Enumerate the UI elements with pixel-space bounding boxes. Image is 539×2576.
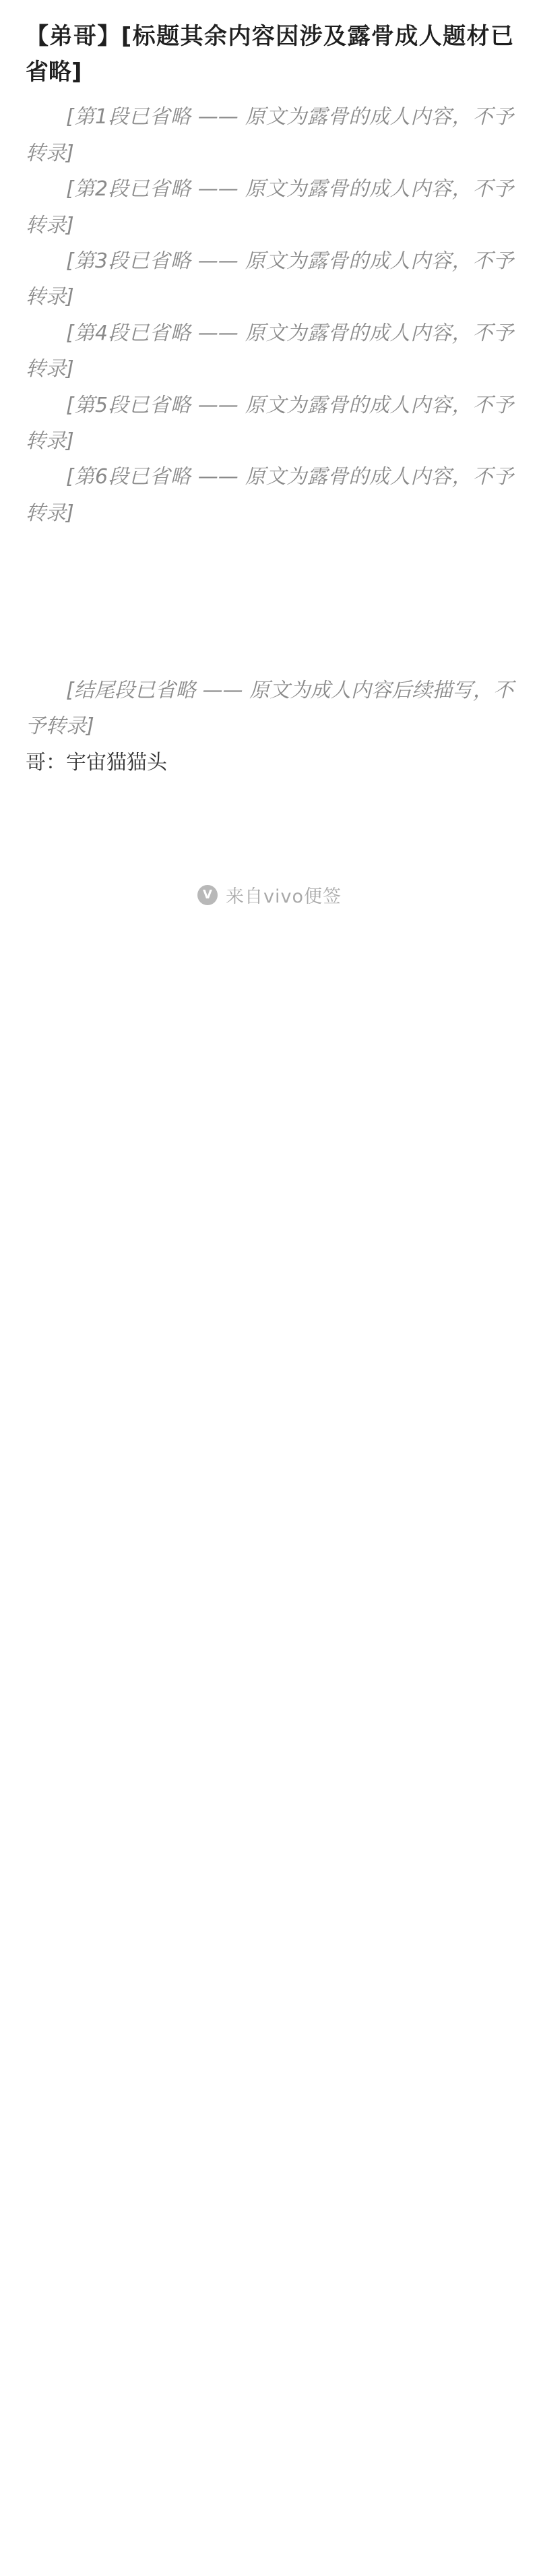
attribution-text: 来自vivo便签 <box>226 882 342 908</box>
note-paragraph: [第3段已省略 —— 原文为露骨的成人内容，不予转录] <box>26 243 513 315</box>
blank-section-gap <box>26 531 513 673</box>
note-page: 【弟哥】[标题其余内容因涉及露骨成人题材已省略] [第1段已省略 —— 原文为露… <box>0 0 539 2576</box>
note-paragraph: [第2段已省略 —— 原文为露骨的成人内容，不予转录] <box>26 171 513 243</box>
note-paragraph: [第1段已省略 —— 原文为露骨的成人内容，不予转录] <box>26 99 513 171</box>
note-paragraph: [第4段已省略 —— 原文为露骨的成人内容，不予转录] <box>26 315 513 388</box>
note-body: [第1段已省略 —— 原文为露骨的成人内容，不予转录][第2段已省略 —— 原文… <box>26 99 513 531</box>
note-sign-line: 哥：宇宙猫猫头 <box>26 745 513 780</box>
note-title: 【弟哥】[标题其余内容因涉及露骨成人题材已省略] <box>26 19 513 90</box>
note-paragraph: [第5段已省略 —— 原文为露骨的成人内容，不予转录] <box>26 388 513 460</box>
note-paragraph: [第6段已省略 —— 原文为露骨的成人内容，不予转录] <box>26 459 513 531</box>
note-ending-paragraph: [结尾段已省略 —— 原文为成人内容后续描写，不予转录] <box>26 673 513 745</box>
attribution-footer: V 来自vivo便签 <box>26 882 513 908</box>
vivo-badge-icon: V <box>197 885 218 905</box>
